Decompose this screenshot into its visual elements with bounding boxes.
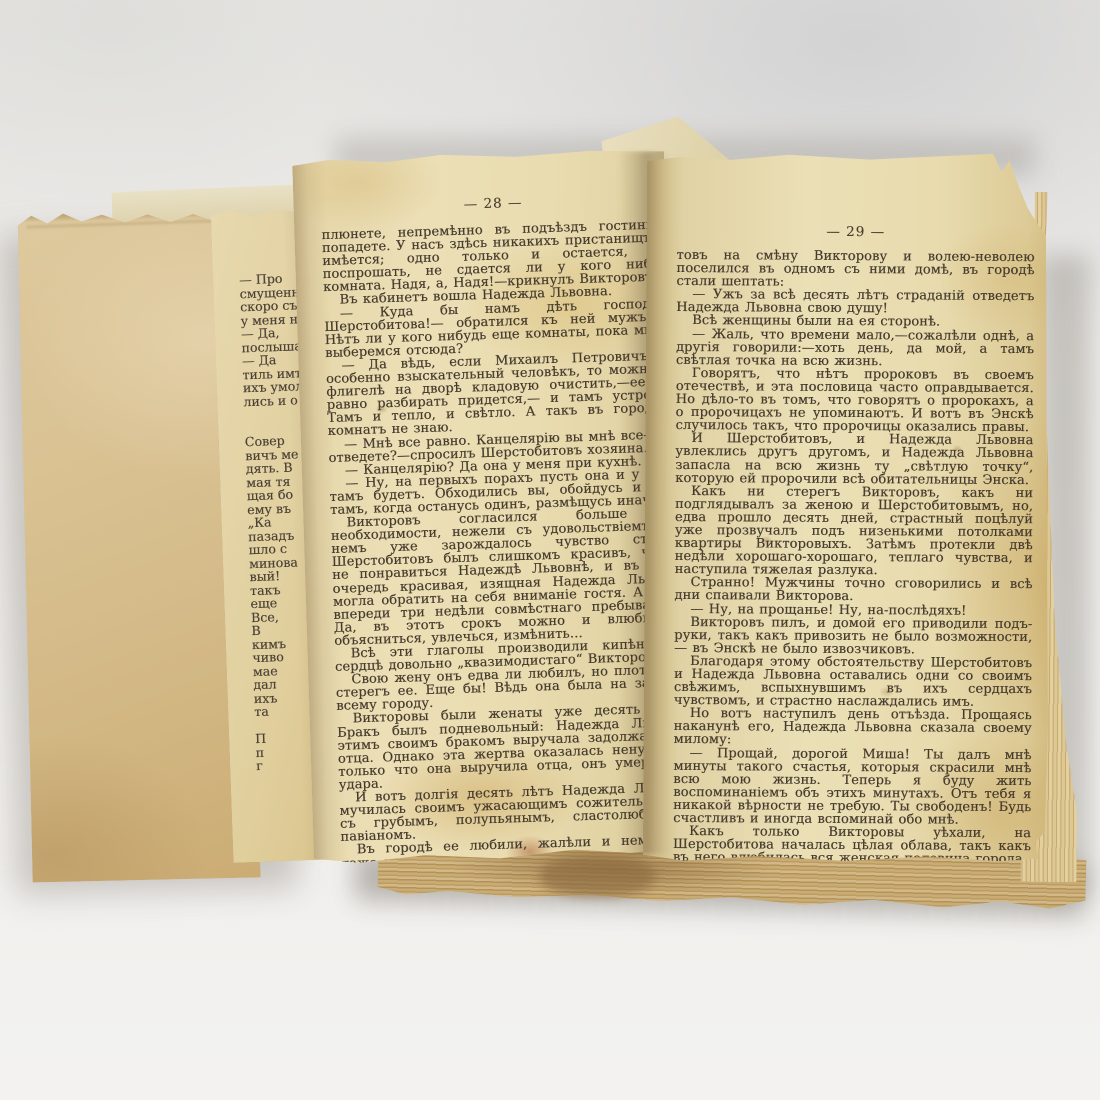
book-page-right: — 29 — товъ на смѣну Викторову и волею-н… [643,147,1052,864]
paragraph: Викторовы были женаты уже десять лѣтъ. Б… [336,702,686,792]
paragraph: — Ужъ за всѣ десять лѣтъ страданій отвед… [676,288,1034,316]
blank-left-page [17,206,260,883]
book-page-left: — 28 — плюнете, непремѣнно въ подъѣздъ г… [292,144,686,865]
cast-shadow-bottom [355,850,1086,917]
paragraph: Какъ только Викторовы уѣхали, на Шерстоб… [673,825,1031,864]
cast-shadow-left [0,228,299,895]
paragraph: Викторовъ согласился больше по необходим… [330,506,686,648]
paragraph: И Шерстобитовъ, и Надежда Львовна увлекл… [675,432,1033,487]
paragraph: Викторовъ пилъ, и домой его приводили по… [674,616,1032,657]
page-number-left: — 28 — [320,190,665,217]
paragraph: Но вотъ наступилъ день отъѣзда. Прощаясь… [674,707,1032,748]
paragraph: — Глупая, хоть бы она ему рога наставила… [341,859,686,865]
page-text-left: плюнете, непремѣнно въ подъѣздъ гостиниц… [321,218,686,866]
paragraph: плюнете, непремѣнно въ подъѣздъ гостиниц… [321,218,675,294]
paragraph: Благодаря этому обстоятельству Шерстобит… [674,655,1032,710]
spine-wear-spot [540,855,655,897]
paragraph: — Жаль, что времени мало,—сожалѣли однѣ,… [676,328,1034,369]
photo-backdrop: — Просмущенноскоро съу меня на— Да,послы… [0,0,1100,1100]
torn-edge [17,206,245,220]
paragraph: Странно! Мужчины точно сговорились и всѣ… [674,576,1032,604]
paragraph: Говорятъ, что нѣтъ пророковъ въ своемъ о… [675,367,1033,435]
paragraph: Какъ ни стерегъ Викторовъ, какъ ни подгл… [675,485,1034,579]
paragraph: — Прощай, дорогой Миша! Ты далъ мнѣ мину… [673,747,1031,828]
paragraph: — Да вѣдь, если Михаилъ Петровичъ—не осо… [325,349,679,439]
page-number-right: — 29 — [677,223,1035,241]
pale-underleaf-edge [111,184,322,227]
page-text-right: товъ на смѣну Викторову и волею-неволею … [673,249,1035,864]
paper-crease [27,219,237,229]
paragraph: товъ на смѣну Викторову и волею-неволею … [676,249,1034,290]
